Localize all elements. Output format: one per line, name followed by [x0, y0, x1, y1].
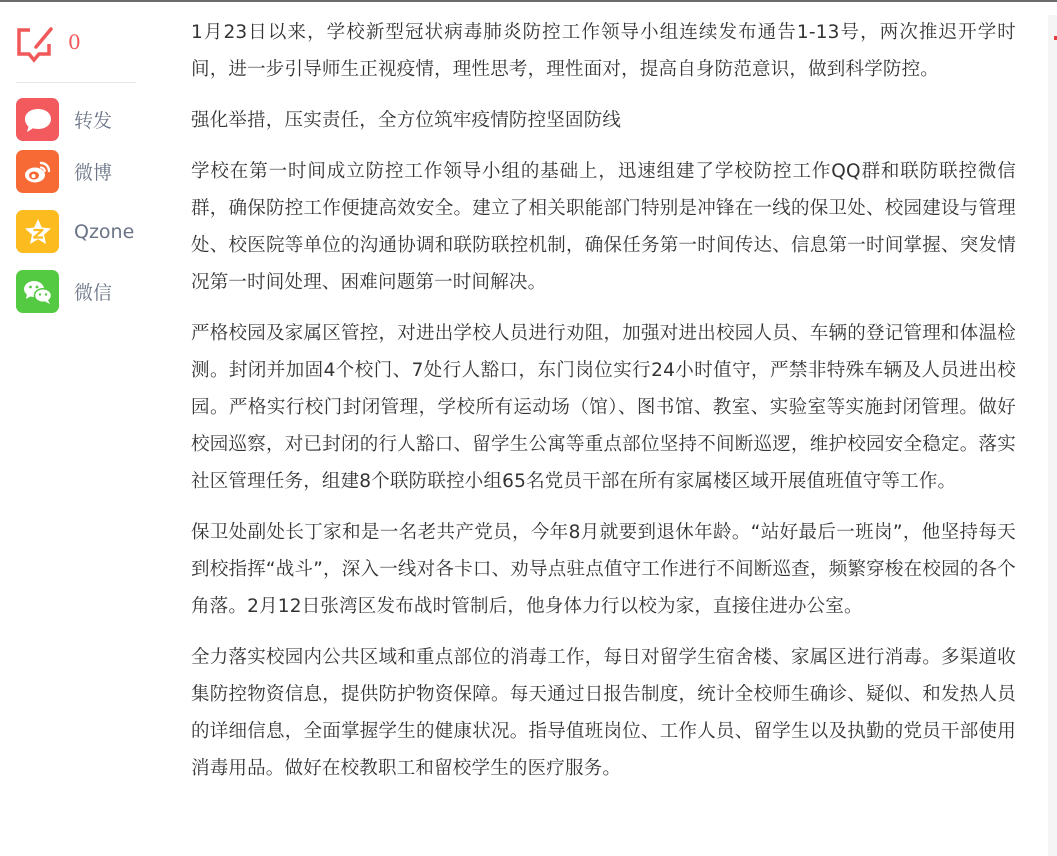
- sidebar-divider: [16, 82, 136, 83]
- share-label: Qzone: [74, 221, 134, 243]
- article-subheading: 强化举措，压实责任，全方位筑牢疫情防控坚固防线: [191, 102, 1016, 139]
- qzone-star-icon: [16, 210, 59, 253]
- comment-button[interactable]: 0: [16, 24, 81, 64]
- article-paragraph: 严格校园及家属区管控，对进出学校人员进行劝阻，加强对进出校园人员、车辆的登记管理…: [191, 315, 1016, 500]
- share-label: 转发: [74, 106, 112, 133]
- window-top-border: [0, 0, 1057, 2]
- article-paragraph: 全力落实校园内公共区域和重点部位的消毒工作，每日对留学生宿舍楼、家属区进行消毒。…: [191, 639, 1016, 787]
- vertical-scrollbar[interactable]: [1048, 15, 1057, 856]
- share-item-wechat[interactable]: 微信: [16, 270, 112, 313]
- article-paragraph: 学校在第一时间成立防控工作领导小组的基础上，迅速组建了学校防控工作QQ群和联防联…: [191, 153, 1016, 301]
- share-item-weibo[interactable]: 微博: [16, 150, 112, 193]
- share-label: 微信: [74, 278, 112, 305]
- article-paragraph: 1月23日以来，学校新型冠状病毒肺炎防控工作领导小组连续发布通告1-13号，两次…: [191, 14, 1016, 88]
- comment-edit-icon: [16, 24, 54, 64]
- share-item-repost[interactable]: 转发: [16, 98, 112, 141]
- article-body: 1月23日以来，学校新型冠状病毒肺炎防控工作领导小组连续发布通告1-13号，两次…: [191, 14, 1016, 801]
- weibo-icon: [16, 150, 59, 193]
- article-paragraph: 保卫处副处长丁家和是一名老共产党员，今年8月就要到退休年龄。“站好最后一班岗”，…: [191, 514, 1016, 625]
- share-label: 微博: [74, 158, 112, 185]
- repost-bubble-icon: [16, 98, 59, 141]
- share-item-qzone[interactable]: Qzone: [16, 210, 134, 253]
- comment-count: 0: [68, 30, 81, 54]
- wechat-icon: [16, 270, 59, 313]
